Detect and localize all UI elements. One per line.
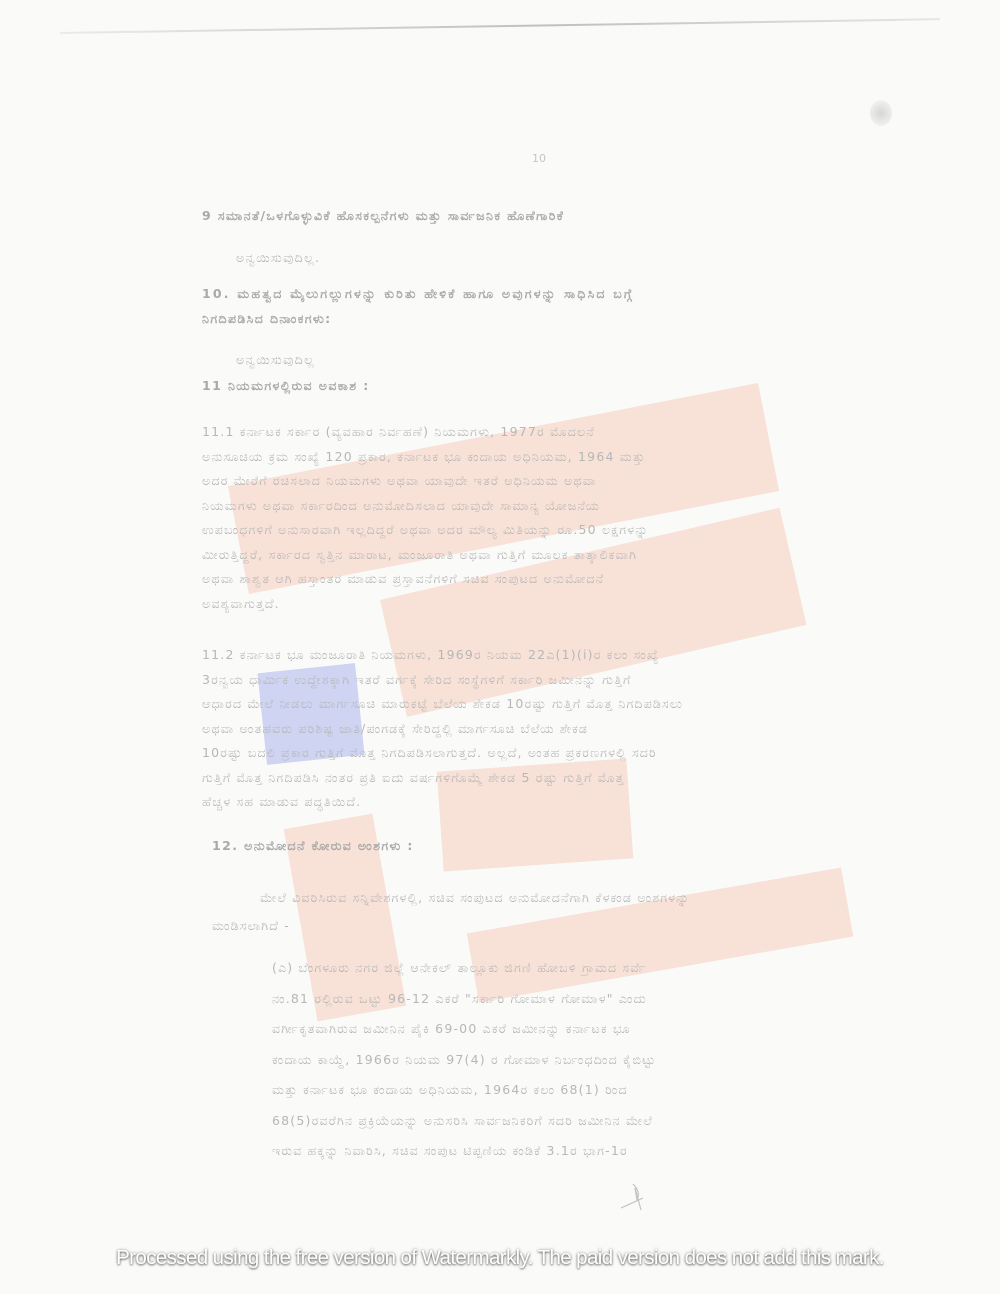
paragraph-line: 11.1 ಕರ್ನಾಟಕ ಸರ್ಕಾರ (ವ್ಯವಹಾರ ನಿರ್ವಹಣೆ) ನ… — [202, 420, 892, 445]
paragraph-11-2: 11.2 ಕರ್ನಾಟಕ ಭೂ ಮಂಜೂರಾತಿ ನಿಯಮಗಳು, 1969ರ … — [202, 643, 892, 815]
paragraph-line: ಅಥವಾ ಶಾಶ್ವತ ಆಗಿ ಹಸ್ತಾಂತರ ಮಾಡುವ ಪ್ರಸ್ತಾವನ… — [202, 567, 892, 592]
section-12-heading: 12. ಅನುಮೋದನೆ ಕೋರುವ ಅಂಶಗಳು : — [212, 838, 414, 854]
section-10-body: ಅನ್ವಯಿಸುವುದಿಲ್ಲ — [236, 352, 315, 368]
paragraph-line: ಮೀರುತ್ತಿದ್ದರೆ, ಸರ್ಕಾರದ ಸ್ವತ್ತಿನ ಮಾರಾಟ, ಮ… — [202, 543, 892, 568]
paragraph-line: ನಿಯಮಗಳು ಅಥವಾ ಸರ್ಕಾರದಿಂದ ಅನುಮೋದಿಸಲಾದ ಯಾವು… — [202, 494, 892, 519]
paragraph-line: ಅಥವಾ ಅಂತಹವರು ಪರಿಶಿಷ್ಟ ಜಾತಿ/ಪಂಗಡಕ್ಕೆ ಸೇರಿ… — [202, 717, 892, 742]
section-12-item-a: (ಎ) ಬೆಂಗಳೂರು ನಗರ ಜಿಲ್ಲೆ ಆನೇಕಲ್ ತಾಲ್ಲೂಕು … — [272, 953, 872, 1167]
paragraph-line: ಹೆಚ್ಚಳ ಸಹ ಮಾಡುವ ಪದ್ಧತಿಯಿದೆ. — [202, 790, 892, 815]
paragraph-line: (ಎ) ಬೆಂಗಳೂರು ನಗರ ಜಿಲ್ಲೆ ಆನೇಕಲ್ ತಾಲ್ಲೂಕು … — [272, 953, 872, 984]
paragraph-line: 11.2 ಕರ್ನಾಟಕ ಭೂ ಮಂಜೂರಾತಿ ನಿಯಮಗಳು, 1969ರ … — [202, 643, 892, 668]
section-10-heading-cont: ನಿಗದಿಪಡಿಸಿದ ದಿನಾಂಕಗಳು: — [202, 311, 331, 327]
watermark-text: Processed using the free version of Wate… — [0, 1246, 1000, 1270]
paragraph-line: ಅದರ ಮೇರೆಗೆ ರಚಿಸಲಾದ ನಿಯಮಗಳು ಅಥವಾ ಯಾವುದೇ ಇ… — [202, 469, 892, 494]
paragraph-line: 68(5)ರವರೆಗಿನ ಪ್ರಕ್ರಿಯೆಯನ್ನು ಅನುಸರಿಸಿ ಸಾರ… — [272, 1106, 872, 1137]
section-9-body: ಅನ್ವಯಿಸುವುದಿಲ್ಲ. — [236, 250, 321, 266]
paragraph-line: ಉಪಬಂಧಗಳಿಗೆ ಅನುಸಾರವಾಗಿ ಇಲ್ಲದಿದ್ದರೆ ಅಥವಾ ಅ… — [202, 518, 892, 543]
section-11-heading: 11 ನಿಯಮಗಳಲ್ಲಿರುವ ಅವಕಾಶ : — [202, 378, 370, 394]
scan-artifact-line — [60, 18, 940, 34]
paragraph-line: ನಂ.81 ರಲ್ಲಿರುವ ಒಟ್ಟು 96-12 ಎಕರೆ "ಸರ್ಕಾರಿ… — [272, 984, 872, 1015]
paragraph-line: ಮೇಲೆ ವಿವರಿಸಿರುವ ಸನ್ನಿವೇಶಗಳಲ್ಲಿ, ಸಚಿವ ಸಂಪ… — [212, 884, 892, 912]
page-number: 10 — [532, 152, 546, 165]
paragraph-line: ಅವಶ್ಯವಾಗುತ್ತದೆ. — [202, 592, 892, 617]
paragraph-line: ಕಂದಾಯ ಕಾಯ್ದೆ, 1966ರ ನಿಯಮ 97(4) ರ ಗೋಮಾಳ ನ… — [272, 1045, 872, 1076]
paragraph-line: ಮತ್ತು ಕರ್ನಾಟಕ ಭೂ ಕಂದಾಯ ಅಧಿನಿಯಮ, 1964ರ ಕಲ… — [272, 1075, 872, 1106]
section-10-heading: 10. ಮಹತ್ವದ ಮೈಲುಗಲ್ಲುಗಳನ್ನು ಕುರಿತು ಹೇಳಿಕೆ… — [202, 286, 634, 302]
paragraph-line: ಮಂಡಿಸಲಾಗಿದೆ - — [212, 912, 892, 940]
paragraph-line: ಇರುವ ಹಕ್ಕನ್ನು ನಿವಾರಿಸಿ, ಸಚಿವ ಸಂಪುಟ ಟಿಪ್ಪ… — [272, 1136, 872, 1167]
paragraph-line: ಆಧಾರದ ಮೇಲೆ ನೀಡಲು ಮಾರ್ಗಸೂಚಿ ಮಾರುಕಟ್ಟೆ ಬೆಲ… — [202, 692, 892, 717]
scan-smudge — [870, 100, 892, 126]
section-9-heading: 9 ಸಮಾನತೆ/ಒಳಗೊಳ್ಳುವಿಕೆ ಹೊಸಕಲ್ಪನೆಗಳು ಮತ್ತು… — [202, 208, 564, 224]
scanned-page: 10 9 ಸಮಾನತೆ/ಒಳಗೊಳ್ಳುವಿಕೆ ಹೊಸಕಲ್ಪನೆಗಳು ಮತ… — [0, 0, 1000, 1294]
paragraph-line: ವರ್ಗೀಕೃತವಾಗಿರುವ ಜಮೀನಿನ ಪೈಕಿ 69-00 ಎಕರೆ ಜ… — [272, 1014, 872, 1045]
paragraph-line: 3ರನ್ವಯ ಧಾರ್ಮಿಕ ಉದ್ದೇಶಕ್ಕಾಗಿ ಇತರೆ ವರ್ಗಕ್ಕ… — [202, 668, 892, 693]
signature-mark — [615, 1178, 651, 1214]
paragraph-line: ಅನುಸೂಚಿಯ ಕ್ರಮ ಸಂಖ್ಯೆ 120 ಪ್ರಕಾರ, ಕರ್ನಾಟಕ… — [202, 445, 892, 470]
section-12-intro: ಮೇಲೆ ವಿವರಿಸಿರುವ ಸನ್ನಿವೇಶಗಳಲ್ಲಿ, ಸಚಿವ ಸಂಪ… — [212, 884, 892, 940]
paragraph-line: 10ರಷ್ಟು ಬದಲಿ ಪ್ರಕಾರ ಗುತ್ತಿಗೆ ಮೊತ್ತ ನಿಗದಿ… — [202, 741, 892, 766]
paragraph-line: ಗುತ್ತಿಗೆ ಮೊತ್ತ ನಿಗದಿಪಡಿಸಿ ನಂತರ ಪ್ರತಿ ಐದು… — [202, 766, 892, 791]
paragraph-11-1: 11.1 ಕರ್ನಾಟಕ ಸರ್ಕಾರ (ವ್ಯವಹಾರ ನಿರ್ವಹಣೆ) ನ… — [202, 420, 892, 616]
